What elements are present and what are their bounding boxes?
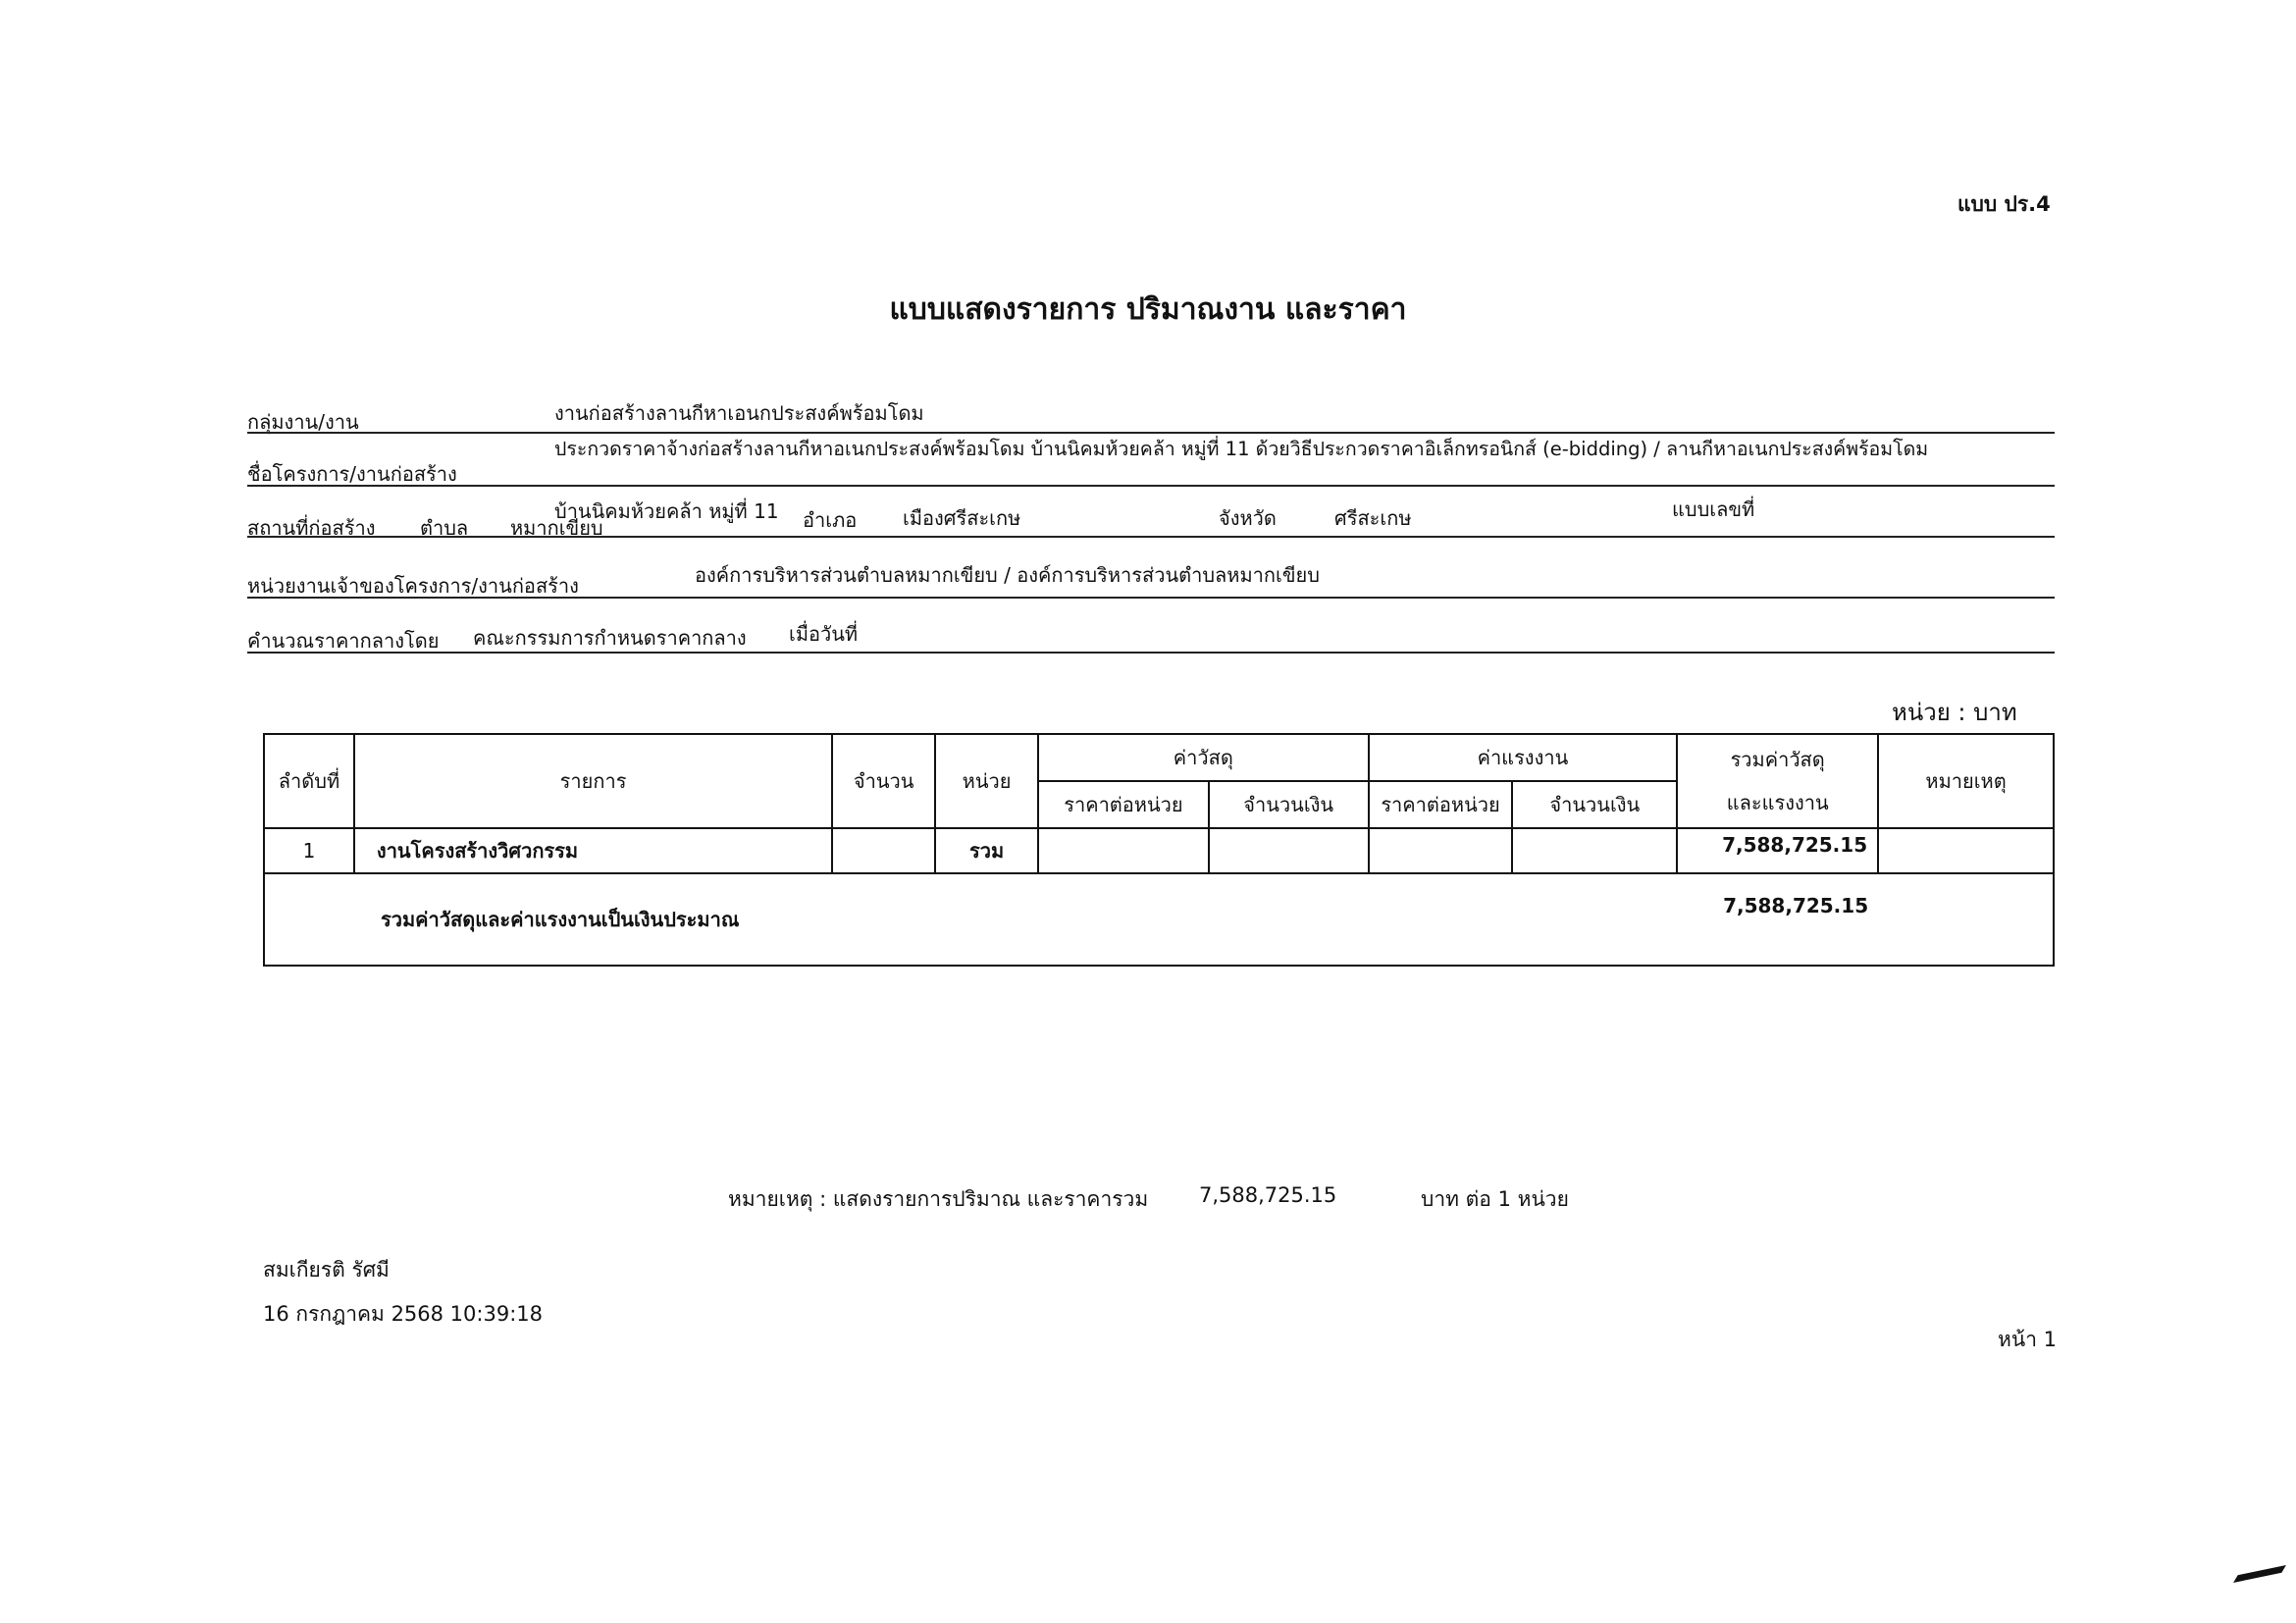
table-row: 1 งานโครงสร้างวิศวกรรม รวม 7,588,725.15 xyxy=(264,828,2054,873)
header-labor-unit-price: ราคาต่อหน่วย xyxy=(1369,781,1513,828)
header-no: ลำดับที่ xyxy=(264,734,354,828)
field-district-value: เมืองศรีสะเกษ xyxy=(903,502,1020,534)
header-labor: ค่าแรงงาน xyxy=(1369,734,1678,781)
header-material-unit-price: ราคาต่อหน่วย xyxy=(1038,781,1209,828)
note-label: หมายเหตุ : แสดงรายการปริมาณ และราคารวม xyxy=(728,1183,1148,1216)
unit-label: หน่วย : บาท xyxy=(1892,693,2017,731)
field-location-label: สถานที่ก่อสร้าง xyxy=(247,512,375,544)
note-amount: 7,588,725.15 xyxy=(1199,1183,1336,1207)
page-number: หน้า 1 xyxy=(1998,1324,2057,1356)
signer-name: สมเกียรติ รัศมี xyxy=(263,1254,390,1286)
grand-total-value: 7,588,725.15 xyxy=(1677,873,1878,966)
field-owner-value: องค์การบริหารส่วนตำบลหมากเขียบ / องค์การ… xyxy=(695,559,1320,591)
print-timestamp: 16 กรกฎาคม 2568 10:39:18 xyxy=(263,1298,543,1331)
field-group-value: งานก่อสร้างลานกีหาเอนกประสงค์พร้อมโดม xyxy=(554,397,924,429)
header-item: รายการ xyxy=(354,734,832,828)
note-suffix: บาท ต่อ 1 หน่วย xyxy=(1421,1183,1569,1216)
field-project-value: ประกวดราคาจ้างก่อสร้างลานกีหาอเนกประสงค์… xyxy=(554,434,1928,464)
table-header-row-1: ลำดับที่ รายการ จำนวน หน่วย ค่าวัสดุ ค่า… xyxy=(264,734,2054,781)
header-material: ค่าวัสดุ xyxy=(1038,734,1369,781)
page-title: แบบแสดงรายการ ปริมาณงาน และราคา xyxy=(0,287,2296,333)
header-material-amount: จำนวนเงิน xyxy=(1209,781,1369,828)
grand-total-remark xyxy=(1878,873,2054,966)
field-province-value: ศรีสะเกษ xyxy=(1334,502,1412,534)
cell-item: งานโครงสร้างวิศวกรรม xyxy=(354,828,832,873)
field-plan-no-label: แบบเลขที่ xyxy=(1672,494,1754,525)
boq-table: ลำดับที่ รายการ จำนวน หน่วย ค่าวัสดุ ค่า… xyxy=(263,733,2055,967)
grand-total-row: รวมค่าวัสดุและค่าแรงงานเป็นเงินประมาณ 7,… xyxy=(264,873,2054,966)
header-total-line2: และแรงงาน xyxy=(1678,787,1877,818)
header-total: รวมค่าวัสดุ และแรงงาน xyxy=(1677,734,1878,828)
cell-remark xyxy=(1878,828,2054,873)
grand-total-label: รวมค่าวัสดุและค่าแรงงานเป็นเงินประมาณ xyxy=(264,873,1677,966)
cell-qty xyxy=(832,828,935,873)
field-subdistrict-label: ตำบล xyxy=(420,512,468,544)
header-qty: จำนวน xyxy=(832,734,935,828)
cell-no: 1 xyxy=(264,828,354,873)
cell-material-amount xyxy=(1209,828,1369,873)
scan-mark xyxy=(2233,1565,2286,1583)
header-labor-amount: จำนวนเงิน xyxy=(1512,781,1677,828)
cell-unit: รวม xyxy=(935,828,1038,873)
header-unit: หน่วย xyxy=(935,734,1038,828)
cell-total: 7,588,725.15 xyxy=(1677,828,1878,873)
form-id: แบบ ปร.4 xyxy=(1957,188,2051,221)
header-total-line1: รวมค่าวัสดุ xyxy=(1678,744,1877,775)
field-village-value: บ้านนิคมห้วยคล้า หมู่ที่ 11 xyxy=(554,496,779,527)
field-underline xyxy=(247,652,2055,654)
header-remark: หมายเหตุ xyxy=(1878,734,2054,828)
cell-labor-amount xyxy=(1512,828,1677,873)
field-underline xyxy=(247,597,2055,599)
field-province-label: จังหวัด xyxy=(1219,502,1277,534)
field-underline xyxy=(247,485,2055,487)
field-district-label: อำเภอ xyxy=(803,504,857,536)
field-date-label: เมื่อวันที่ xyxy=(789,618,858,650)
cell-labor-unit-price xyxy=(1369,828,1513,873)
field-estimator-value: คณะกรรมการกำหนดราคากลาง xyxy=(473,622,747,654)
field-underline xyxy=(247,536,2055,538)
cell-material-unit-price xyxy=(1038,828,1209,873)
